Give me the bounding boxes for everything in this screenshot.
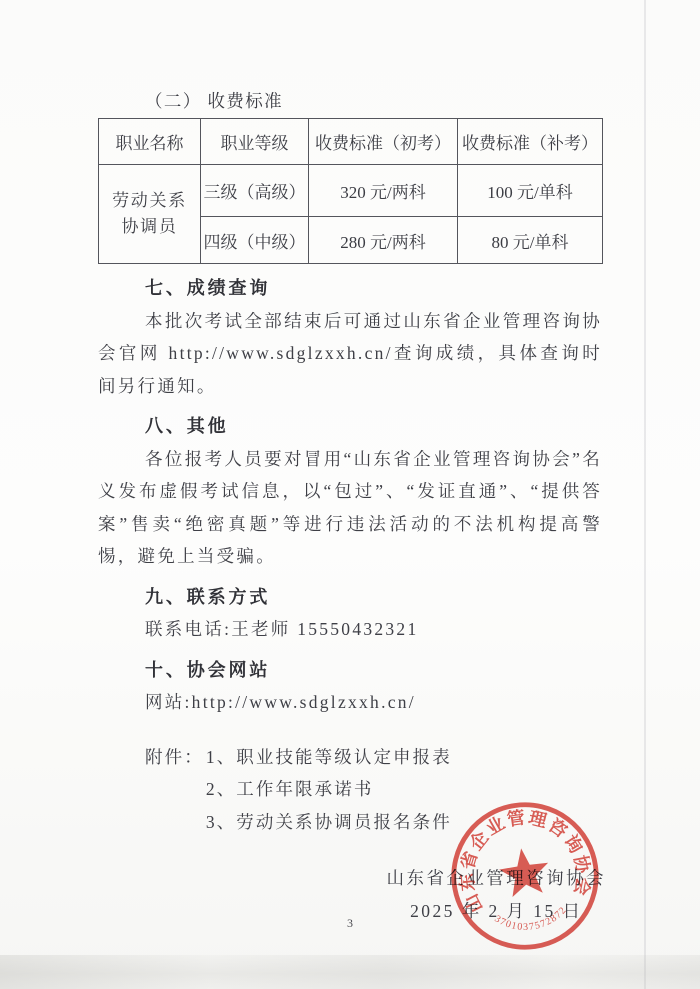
- section-body-score-query: 本批次考试全部结束后可通过山东省企业管理咨询协会官网 http://www.sd…: [98, 305, 602, 403]
- fee-table: 职业名称 职业等级 收费标准（初考） 收费标准（补考） 劳动关系协调员 三级（高…: [98, 118, 603, 264]
- signature-organization: 山东省企业管理咨询协会: [387, 862, 606, 895]
- section-heading-other: 八、其他: [98, 410, 602, 443]
- scan-artifact-smudge: [0, 955, 700, 989]
- cell-level: 四级（中级）: [201, 217, 309, 264]
- attachments-list: 1、职业技能等级认定申报表 2、工作年限承诺书 3、劳动关系协调员报名条件: [206, 741, 452, 839]
- col-header-fee-first-exam: 收费标准（初考）: [309, 119, 458, 165]
- cell-first-exam-fee: 280 元/两科: [309, 217, 458, 264]
- section-body-contact: 联系电话:王老师 15550432321: [98, 613, 602, 646]
- section-heading-score-query: 七、成绩查询: [98, 272, 602, 305]
- occupation-name: 劳动关系协调员: [110, 188, 190, 240]
- section-body-website: 网站:http://www.sdglzxxh.cn/: [98, 686, 602, 719]
- attachments-label: 附件：: [145, 741, 204, 774]
- document-content: （二） 收费标准 职业名称 职业等级 收费标准（初考） 收费标准（补考） 劳动关…: [98, 86, 602, 928]
- cell-occupation: 劳动关系协调员: [99, 165, 201, 264]
- document-page: （二） 收费标准 职业名称 职业等级 收费标准（初考） 收费标准（补考） 劳动关…: [0, 0, 700, 989]
- cell-retake-fee: 100 元/单科: [458, 165, 603, 217]
- attachments-block: 附件： 1、职业技能等级认定申报表 2、工作年限承诺书 3、劳动关系协调员报名条…: [145, 741, 602, 839]
- list-item: 3、劳动关系协调员报名条件: [206, 806, 452, 839]
- col-header-occupation-level: 职业等级: [201, 119, 309, 165]
- col-header-fee-retake: 收费标准（补考）: [458, 119, 603, 165]
- fee-standard-heading: （二） 收费标准: [98, 86, 602, 116]
- cell-retake-fee: 80 元/单科: [458, 217, 603, 264]
- cell-level: 三级（高级）: [201, 165, 309, 217]
- list-item: 1、职业技能等级认定申报表: [206, 741, 452, 774]
- section-heading-website: 十、协会网站: [98, 654, 602, 687]
- page-number: 3: [0, 916, 700, 931]
- list-item: 2、工作年限承诺书: [206, 773, 452, 806]
- cell-first-exam-fee: 320 元/两科: [309, 165, 458, 217]
- section-body-other: 各位报考人员要对冒用“山东省企业管理咨询协会”名义发布虚假考试信息，以“包过”、…: [98, 443, 602, 573]
- section-heading-contact: 九、联系方式: [98, 581, 602, 614]
- col-header-occupation-name: 职业名称: [99, 119, 201, 165]
- scan-artifact-line: [644, 0, 646, 989]
- fee-table-header-row: 职业名称 职业等级 收费标准（初考） 收费标准（补考）: [99, 119, 603, 165]
- table-row: 劳动关系协调员 三级（高级） 320 元/两科 100 元/单科: [99, 165, 603, 217]
